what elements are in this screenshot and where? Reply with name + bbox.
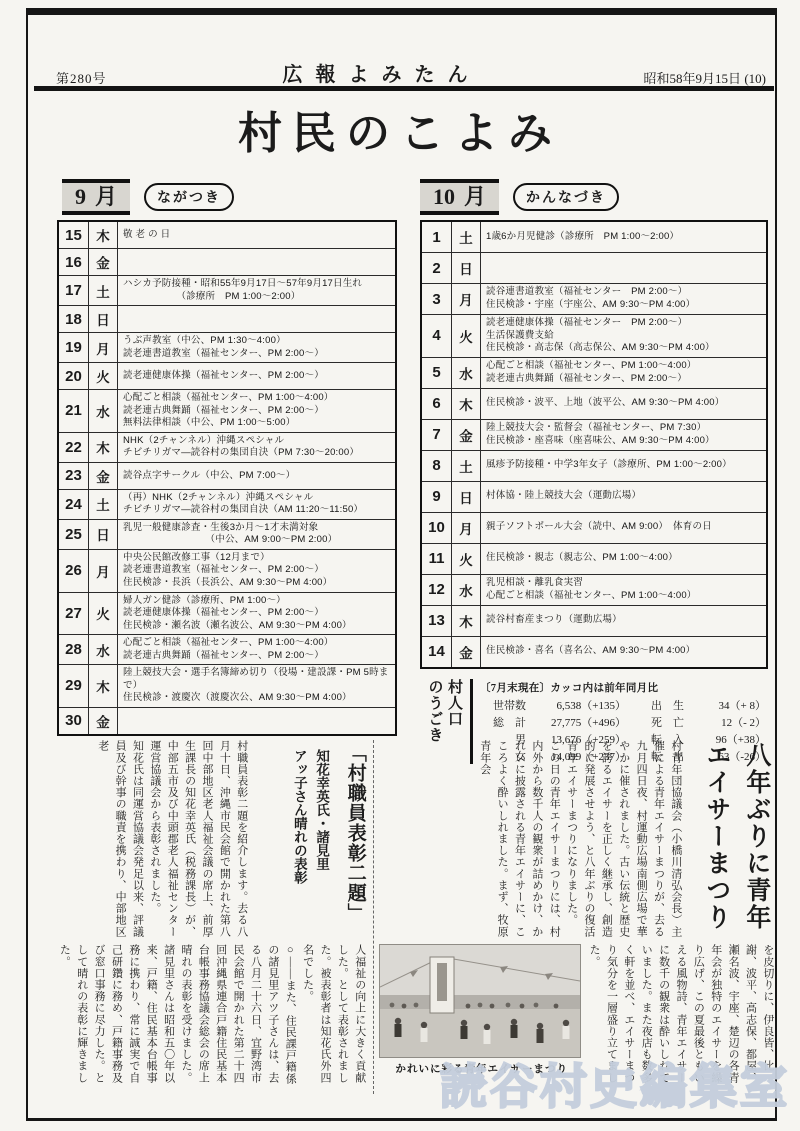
weekday-cell: 月	[452, 284, 481, 315]
weekday-cell: 月	[89, 333, 118, 363]
weekday-cell: 木	[89, 432, 118, 462]
calendar-row: 13 木 読谷村畜産まつり（運動広場）	[421, 605, 767, 636]
calendar-row: 26 月 中央公民館改修工事（12月まで） 読老連書道教室（福祉センター、PM …	[58, 549, 396, 592]
weekday-cell: 木	[89, 665, 118, 708]
date-cell: 29	[58, 665, 89, 708]
masthead-issue-number: 第280号	[56, 68, 107, 87]
calendar-row: 21 水 心配ごと相談（福祉センター、PM 1:00～4:00） 読老連古典舞踊…	[58, 390, 396, 433]
calendar-row: 24 土 （再）NHK（2チャンネル）沖縄スペシャル チビチリガマ―読谷村の集団…	[58, 489, 396, 519]
date-cell: 24	[58, 489, 89, 519]
month-kana-label-september: ながつき	[144, 183, 234, 211]
events-cell	[118, 249, 397, 276]
events-cell: 心配ごと相談（福祉センター、PM 1:00～4:00） 読老連古典舞踊（福祉セン…	[118, 390, 397, 433]
weekday-cell: 木	[452, 605, 481, 636]
date-cell: 20	[58, 363, 89, 390]
calendar-row: 15 木 敬 老 の 日	[58, 221, 396, 249]
calendar-row: 16 金	[58, 249, 396, 276]
weekday-cell: 日	[452, 253, 481, 284]
eisa-body-1: 村青年団協議会（小橋川清弘会長）主催による青年エイサーまつりが、去る九月四日夜、…	[379, 740, 684, 940]
population-stat-label: 総 計	[480, 714, 526, 730]
date-cell: 9	[421, 481, 452, 512]
weekday-cell: 火	[89, 592, 118, 635]
events-cell: 陸上競技大会・選手名簿締め切り（役場・建設課・PM 5時まで） 住民検診・渡慶次…	[118, 665, 397, 708]
calendar-row: 18 日	[58, 306, 396, 333]
date-cell: 21	[58, 390, 89, 433]
events-cell: 読谷村畜産まつり（運動広場）	[481, 605, 768, 636]
calendar-row: 5 水 心配ごと相談（福祉センター、PM 1:00～4:00） 読老連古典舞踊（…	[421, 357, 767, 388]
calendar-row: 14 金 住民検診・喜名（喜名公、AM 9:30～PM 4:00）	[421, 636, 767, 668]
date-cell: 22	[58, 432, 89, 462]
page-title: 村民のこよみ	[0, 97, 800, 161]
month-header-october: 10 月 かんなづき	[420, 179, 619, 215]
weekday-cell: 火	[89, 363, 118, 390]
calendar-row: 19 月 うぶ声教室（中公、PM 1:30～4:00） 読老連書道教室（福祉セン…	[58, 333, 396, 363]
calendar-row: 28 水 心配ごと相談（福祉センター、PM 1:00～4:00） 読老連古典舞踊…	[58, 635, 396, 665]
events-cell: 読老連健康体操（福祉センター、PM 2:00～）	[118, 363, 397, 390]
calendar-row: 30 金	[58, 707, 396, 735]
date-cell: 28	[58, 635, 89, 665]
date-cell: 12	[421, 574, 452, 605]
population-stat-label: 出 生	[634, 697, 684, 713]
events-cell: 村体協・陸上競技大会（運動広場）	[481, 481, 768, 512]
date-cell: 15	[58, 221, 89, 249]
weekday-cell: 土	[89, 489, 118, 519]
date-cell: 2	[421, 253, 452, 284]
masthead-date: 昭和58年9月15日 (10)	[644, 68, 766, 87]
events-cell: 婦人ガン健診（診療所、PM 1:00～） 読老連健康体操（福祉センター、PM 2…	[118, 592, 397, 635]
calendar-row: 20 火 読老連健康体操（福祉センター、PM 2:00～）	[58, 363, 396, 390]
watermark: 読谷村史編集室	[440, 1050, 790, 1117]
events-cell: ハシカ予防接種・昭和55年9月17日～57年9月17日生れ （診療所 PM 1:…	[118, 276, 397, 306]
weekday-cell: 水	[452, 574, 481, 605]
month-kana-label-october: かんなづき	[513, 183, 619, 211]
weekday-cell: 日	[89, 519, 118, 549]
events-cell: （再）NHK（2チャンネル）沖縄スペシャル チビチリガマ―読谷村の集団自決（AM…	[118, 489, 397, 519]
date-cell: 26	[58, 549, 89, 592]
date-cell: 18	[58, 306, 89, 333]
weekday-cell: 金	[89, 249, 118, 276]
weekday-cell: 木	[89, 221, 118, 249]
calendar-row: 6 木 住民検診・波平、上地（波平公、AM 9:30～PM 4:00）	[421, 388, 767, 419]
eisa-festival-photo-illustration	[380, 945, 580, 1057]
events-cell: 乳児相談・離乳食実習 心配ごと相談（福祉センター、PM 1:00～4:00）	[481, 574, 768, 605]
weekday-cell: 水	[452, 357, 481, 388]
calendar-row: 8 土 風疹予防接種・中学3年女子（診療所、PM 1:00～2:00）	[421, 450, 767, 481]
events-cell: 1歳6か月児健診（診療所 PM 1:00～2:00）	[481, 221, 768, 253]
month-badge-september: 9 月	[62, 179, 130, 215]
masthead-page-number: (10)	[744, 71, 766, 86]
weekday-cell: 金	[452, 636, 481, 668]
date-cell: 19	[58, 333, 89, 363]
award-headline: 「村職員表彰二題」	[342, 743, 368, 940]
events-cell: 風疹予防接種・中学3年女子（診療所、PM 1:00～2:00）	[481, 450, 768, 481]
weekday-cell: 火	[452, 315, 481, 358]
month-number: 10	[433, 184, 455, 210]
calendar-row: 27 火 婦人ガン健診（診療所、PM 1:00～） 読老連健康体操（福祉センター…	[58, 592, 396, 635]
calendar-row: 12 水 乳児相談・離乳食実習 心配ごと相談（福祉センター、PM 1:00～4:…	[421, 574, 767, 605]
calendar-row: 25 日 乳児一般健康診査・生後3か月～1才未満対象 （中公、AM 9:00～P…	[58, 519, 396, 549]
events-cell: 親子ソフトボール大会（読中、AM 9:00） 体育の日	[481, 512, 768, 543]
date-cell: 3	[421, 284, 452, 315]
calendar-row: 22 木 NHK（2チャンネル）沖縄スペシャル チビチリガマ―読谷村の集団自決（…	[58, 432, 396, 462]
events-cell: 心配ごと相談（福祉センター、PM 1:00～4:00） 読老連古典舞踊（福祉セン…	[481, 357, 768, 388]
masthead: 第280号 広報よみたん 昭和58年9月15日 (10)	[56, 58, 766, 87]
weekday-cell: 土	[452, 221, 481, 253]
calendar-row: 29 木 陸上競技大会・選手名簿締め切り（役場・建設課・PM 5時まで） 住民検…	[58, 665, 396, 708]
events-cell: 心配ごと相談（福祉センター、PM 1:00～4:00） 読老連古典舞踊（福祉セン…	[118, 635, 397, 665]
calendar-row: 9 日 村体協・陸上競技大会（運動広場）	[421, 481, 767, 512]
weekday-cell: 金	[89, 707, 118, 735]
date-cell: 11	[421, 543, 452, 574]
date-cell: 17	[58, 276, 89, 306]
date-cell: 10	[421, 512, 452, 543]
month-number: 9	[75, 184, 86, 210]
date-cell: 8	[421, 450, 452, 481]
events-cell: 読谷連書道教室（福祉センター PM 2:00～） 住民検診・宇座（宇座公、AM …	[481, 284, 768, 315]
date-cell: 5	[421, 357, 452, 388]
weekday-cell: 火	[452, 543, 481, 574]
events-cell: NHK（2チャンネル）沖縄スペシャル チビチリガマ―読谷村の集団自決（PM 7:…	[118, 432, 397, 462]
events-cell	[481, 253, 768, 284]
calendar-row: 11 火 住民検診・親志（親志公、PM 1:00～4:00）	[421, 543, 767, 574]
articles-section: 村職員表彰二題を紹介します。去る八月十日、沖縄市民会館で開かれた第八回中部地区老…	[55, 740, 769, 1094]
weekday-cell: 金	[452, 419, 481, 450]
events-cell: 中央公民館改修工事（12月まで） 読老連書道教室（福祉センター、PM 2:00～…	[118, 549, 397, 592]
masthead-title: 広報よみたん	[270, 58, 481, 87]
calendar-table-september: 15 木 敬 老 の 日 16 金 17 土 ハシカ予防接種・昭和55年9月17…	[57, 220, 397, 736]
events-cell: 住民検診・親志（親志公、PM 1:00～4:00）	[481, 543, 768, 574]
events-cell: 陸上競技大会・監督会（福祉センター、PM 7:30） 住民検診・座喜味（座喜味公…	[481, 419, 768, 450]
calendar-row: 4 火 読老連健康体操（福祉センター PM 2:00～） 生活保護費支給 住民検…	[421, 315, 767, 358]
events-cell: 読老連健康体操（福祉センター PM 2:00～） 生活保護費支給 住民検診・高志…	[481, 315, 768, 358]
month-header-september: 9 月 ながつき	[62, 179, 234, 215]
masthead-date-text: 昭和58年9月15日	[644, 71, 742, 86]
date-cell: 7	[421, 419, 452, 450]
award-headline-block: 「村職員表彰二題」 知花幸英氏・諸見里 アッ子さん晴れの表彰	[250, 740, 368, 940]
weekday-cell: 水	[89, 635, 118, 665]
month-kanji: 月	[464, 184, 486, 210]
award-body-1: 村職員表彰二題を紹介します。去る八月十日、沖縄市民会館で開かれた第八回中部地区老…	[55, 740, 250, 940]
weekday-cell: 土	[89, 276, 118, 306]
date-cell: 13	[421, 605, 452, 636]
article-eisa-festival: 村青年団協議会（小橋川清弘会長）主催による青年エイサーまつりが、去る九月四日夜、…	[379, 740, 776, 1094]
date-cell: 6	[421, 388, 452, 419]
weekday-cell: 水	[89, 390, 118, 433]
population-stat-value: 34（+ 8）	[692, 697, 766, 713]
events-cell: 住民検診・波平、上地（波平公、AM 9:30～PM 4:00）	[481, 388, 768, 419]
calendar-table-october: 1 土 1歳6か月児健診（診療所 PM 1:00～2:00） 2 日 3 月 読…	[420, 220, 768, 669]
calendar-row: 1 土 1歳6か月児健診（診療所 PM 1:00～2:00）	[421, 221, 767, 253]
photo-eisa-festival	[379, 944, 581, 1058]
events-cell	[118, 707, 397, 735]
month-badge-october: 10 月	[420, 179, 499, 215]
weekday-cell: 土	[452, 450, 481, 481]
calendar-row: 10 月 親子ソフトボール大会（読中、AM 9:00） 体育の日	[421, 512, 767, 543]
date-cell: 16	[58, 249, 89, 276]
date-cell: 4	[421, 315, 452, 358]
date-cell: 27	[58, 592, 89, 635]
population-stat-value: 6,538（+135）	[534, 697, 626, 713]
population-stat-label: 世帯数	[480, 697, 526, 713]
articles-divider	[373, 740, 374, 1094]
month-kanji: 月	[95, 184, 117, 210]
eisa-headline: 八年ぶりに青年 エイサーまつり	[684, 740, 776, 940]
masthead-rule	[34, 86, 774, 91]
events-cell: 敬 老 の 日	[118, 221, 397, 249]
date-cell: 25	[58, 519, 89, 549]
weekday-cell: 日	[89, 306, 118, 333]
population-stat-label: 死 亡	[634, 714, 684, 730]
date-cell: 14	[421, 636, 452, 668]
calendar-row: 3 月 読谷連書道教室（福祉センター PM 2:00～） 住民検診・宇座（宇座公…	[421, 284, 767, 315]
calendar-row: 2 日	[421, 253, 767, 284]
events-cell: うぶ声教室（中公、PM 1:30～4:00） 読老連書道教室（福祉センター、PM…	[118, 333, 397, 363]
date-cell: 30	[58, 707, 89, 735]
events-cell: 読谷点字サークル（中公、PM 7:00～）	[118, 462, 397, 489]
events-cell: 乳児一般健康診査・生後3か月～1才未満対象 （中公、AM 9:00～PM 2:0…	[118, 519, 397, 549]
date-cell: 23	[58, 462, 89, 489]
weekday-cell: 金	[89, 462, 118, 489]
award-body-2: 人福祉の向上に大きく貢献した。として表彰されました。被表彰者は知花氏外四名でした…	[55, 944, 368, 1094]
events-cell: 住民検診・喜名（喜名公、AM 9:30～PM 4:00）	[481, 636, 768, 668]
weekday-cell: 日	[452, 481, 481, 512]
award-subheadline: 知花幸英氏・諸見里 アッ子さん晴れの表彰	[288, 743, 333, 940]
population-note: 〔7月末現在〕カッコ内は前年同月比	[480, 680, 768, 695]
population-stat-value: 27,775（+496）	[534, 714, 626, 730]
calendar-row: 23 金 読谷点字サークル（中公、PM 7:00～）	[58, 462, 396, 489]
article-staff-award: 村職員表彰二題を紹介します。去る八月十日、沖縄市民会館で開かれた第八回中部地区老…	[55, 740, 368, 1094]
weekday-cell: 月	[89, 549, 118, 592]
weekday-cell: 月	[452, 512, 481, 543]
calendar-row: 17 土 ハシカ予防接種・昭和55年9月17日～57年9月17日生れ （診療所 …	[58, 276, 396, 306]
calendar-row: 7 金 陸上競技大会・監督会（福祉センター、PM 7:30） 住民検診・座喜味（…	[421, 419, 767, 450]
events-cell	[118, 306, 397, 333]
date-cell: 1	[421, 221, 452, 253]
weekday-cell: 木	[452, 388, 481, 419]
population-stat-value: 12（- 2）	[692, 714, 766, 730]
